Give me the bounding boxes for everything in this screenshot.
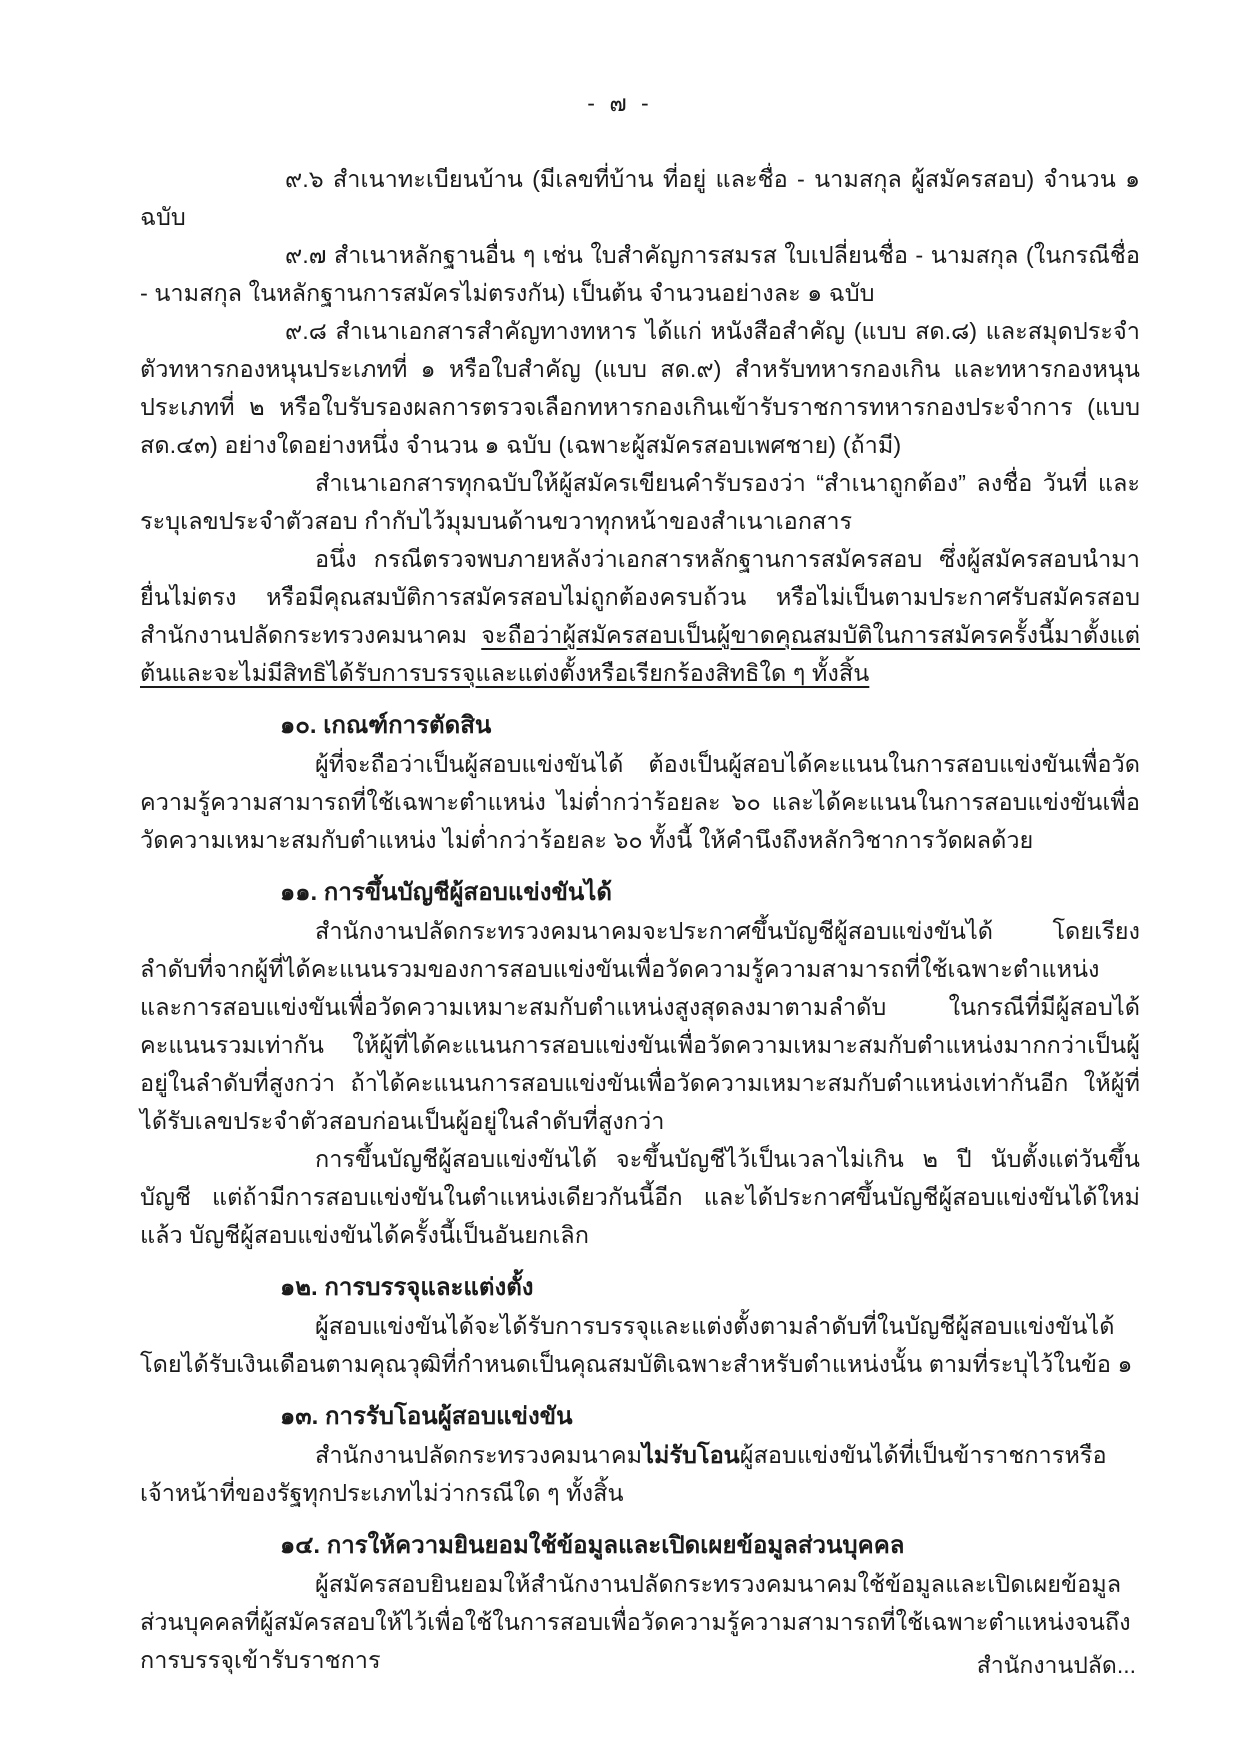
- section-12-paragraph: ผู้สอบแข่งขันได้จะได้รับการบรรจุและแต่งต…: [140, 1307, 1140, 1383]
- section-13-text-prefix: สำนักงานปลัดกระทรวงคมนาคม: [315, 1442, 642, 1468]
- clause-9-8-military-documents: ๙.๘ สำเนาเอกสารสำคัญทางทหาร ได้แก่ หนังส…: [140, 312, 1140, 464]
- section-10-paragraph: ผู้ที่จะถือว่าเป็นผู้สอบแข่งขันได้ ต้องเ…: [140, 745, 1140, 859]
- section-13-no-transfer-bold-text: ไม่รับโอน: [642, 1442, 740, 1468]
- section-11-paragraph-2: การขึ้นบัญชีผู้สอบแข่งขันได้ จะขึ้นบัญชี…: [140, 1140, 1140, 1254]
- clause-9-6-house-registration: ๙.๖ สำเนาทะเบียนบ้าน (มีเลขที่บ้าน ที่อย…: [140, 160, 1140, 236]
- clause-9-7-other-evidence: ๙.๗ สำเนาหลักฐานอื่น ๆ เช่น ใบสำคัญการสม…: [140, 236, 1140, 312]
- continuation-marker: สำนักงานปลัด...: [977, 1650, 1136, 1680]
- section-13-heading: ๑๓. การรับโอนผู้สอบแข่งขัน: [140, 1398, 1140, 1436]
- section-11-heading: ๑๑. การขึ้นบัญชีผู้สอบแข่งขันได้: [140, 874, 1140, 912]
- page-number: - ๗ -: [0, 0, 1240, 118]
- disqualification-caveat-paragraph: อนึ่ง กรณีตรวจพบภายหลังว่าเอกสารหลักฐานก…: [140, 540, 1140, 692]
- document-page: - ๗ - ๙.๖ สำเนาทะเบียนบ้าน (มีเลขที่บ้าน…: [0, 0, 1240, 1754]
- section-14-heading: ๑๔. การให้ความยินยอมใช้ข้อมูลและเปิดเผยข…: [140, 1527, 1140, 1565]
- section-12-heading: ๑๒. การบรรจุและแต่งตั้ง: [140, 1269, 1140, 1307]
- section-10-heading: ๑๐. เกณฑ์การตัดสิน: [140, 707, 1140, 745]
- section-11-paragraph-1: สำนักงานปลัดกระทรวงคมนาคมจะประกาศขึ้นบัญ…: [140, 912, 1140, 1140]
- document-body: ๙.๖ สำเนาทะเบียนบ้าน (มีเลขที่บ้าน ที่อย…: [140, 160, 1140, 1679]
- copy-certification-paragraph: สำเนาเอกสารทุกฉบับให้ผู้สมัครเขียนคำรับร…: [140, 464, 1140, 540]
- section-13-paragraph: สำนักงานปลัดกระทรวงคมนาคมไม่รับโอนผู้สอบ…: [140, 1436, 1140, 1512]
